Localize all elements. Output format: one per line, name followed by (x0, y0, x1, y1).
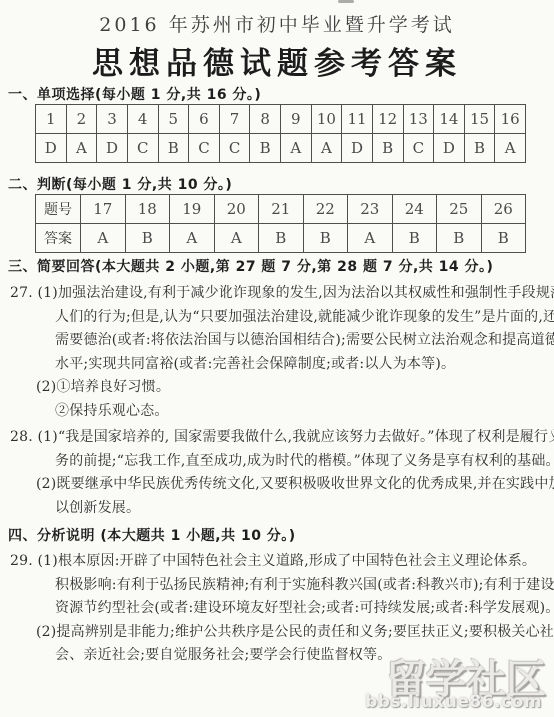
answer-line: 人们的行为;但是,认为“只要加强法治建设,就能减少讹诈现象的发生”是片面的,还 (0, 306, 554, 330)
answer-cell: A (66, 134, 97, 163)
answer-cell: A (281, 134, 312, 163)
answer-line: (2)①培养良好习惯。 (0, 376, 554, 400)
scan-artifact (338, 0, 354, 3)
watermark-site-url: bbs.liuxue86.com (365, 692, 542, 712)
answer-line: 务的前提;“忘我工作,直至成功,成为时代的楷模。”体现了义务是享有权利的基础。 (0, 450, 554, 474)
answer-cell: C (127, 134, 158, 163)
question-number-cell: 23 (348, 195, 393, 224)
question-number-cell: 6 (189, 105, 220, 134)
question-number-cell: 3 (97, 105, 128, 134)
document-page: 2016 年苏州市初中毕业暨升学考试 思想品德试题参考答案 一、单项选择(每小题… (0, 0, 554, 717)
answer-line: (2)既要继承中华民族优秀传统文化,又要积极吸收世界文化的优秀成果,并在实践中加 (0, 473, 554, 497)
answer-cell: A (348, 224, 393, 253)
answer-line: 28. (1)“我是国家培养的, 国家需要我做什么,我就应该努力去做好。”体现了… (0, 426, 554, 450)
answer-cell: B (464, 134, 495, 163)
question-number-cell: 2 (66, 105, 97, 134)
question-number-cell: 19 (170, 195, 215, 224)
question-29-answer: 29. (1)根本原因:开辟了中国特色社会主义道路,形成了中国特色社会主义理论体… (0, 550, 554, 668)
exam-title: 2016 年苏州市初中毕业暨升学考试 (0, 10, 554, 37)
answer-cell: A (170, 224, 215, 253)
answers-body: 三、简要回答(本大题共 2 小题,第 27 题 7 分,第 28 题 7 分,共… (0, 256, 554, 671)
question-number-cell: 12 (372, 105, 403, 134)
question-28-answer: 28. (1)“我是国家培养的, 国家需要我做什么,我就应该努力去做好。”体现了… (0, 426, 554, 520)
question-number-cell: 17 (81, 195, 126, 224)
answer-cell: C (189, 134, 220, 163)
question-number-cell: 8 (250, 105, 281, 134)
question-number-cell: 20 (214, 195, 259, 224)
question-number-cell: 22 (303, 195, 348, 224)
answer-cell: D (434, 134, 465, 163)
question-number-cell: 18 (125, 195, 170, 224)
section-judge-heading: 二、判断(每小题 1 分,共 10 分。) (8, 174, 232, 194)
question-number-cell: 7 (219, 105, 250, 134)
answer-cell: A (81, 224, 126, 253)
answer-cell: B (158, 134, 189, 163)
answer-line: 需要德治(或者:将依法治国与以德治国相结合);需要公民树立法治观念和提高道德 (0, 329, 554, 353)
answer-line: 资源节约型社会(或者:建设环境友好型社会;或者:可持续发展;或者:科学发展观)。 (0, 597, 554, 621)
answer-line: ②保持乐观心态。 (0, 400, 554, 424)
answer-line: 积极影响:有利于弘扬民族精神;有利于实施科教兴国(或者:科教兴市);有利于建设 (0, 574, 554, 598)
answer-line: 29. (1)根本原因:开辟了中国特色社会主义道路,形成了中国特色社会主义理论体… (0, 550, 554, 574)
answer-cell: D (36, 134, 67, 163)
question-number-cell: 11 (342, 105, 373, 134)
section-analysis-heading: 四、分析说明 (本大题共 1 小题,共 10 分。) (8, 525, 554, 547)
answer-cell: B (392, 224, 437, 253)
question-number-cell: 10 (311, 105, 342, 134)
page-title: 思想品德试题参考答案 (0, 38, 554, 83)
answer-cell: D (97, 134, 128, 163)
question-number-cell: 24 (392, 195, 437, 224)
answer-cell: B (481, 224, 526, 253)
row-header-answer: 答案 (36, 224, 81, 253)
table-row-answers: D A D C B C C B A A D B C D B A (36, 134, 526, 163)
section-short-heading: 三、简要回答(本大题共 2 小题,第 27 题 7 分,第 28 题 7 分,共… (8, 256, 554, 278)
section-choice-heading: 一、单项选择(每小题 1 分,共 16 分。) (8, 84, 261, 104)
answer-cell: B (259, 224, 304, 253)
question-number-cell: 26 (481, 195, 526, 224)
answer-cell: B (125, 224, 170, 253)
answer-line: 水平;实现共同富裕(或者:完善社会保障制度;或者:以人为本等)。 (0, 353, 554, 377)
answer-line: 27. (1)加强法治建设,有利于减少讹诈现象的发生,因为法治以其权威性和强制性… (0, 282, 554, 306)
question-27-answer: 27. (1)加强法治建设,有利于减少讹诈现象的发生,因为法治以其权威性和强制性… (0, 282, 554, 423)
question-number-cell: 9 (281, 105, 312, 134)
table-row-numbers: 题号 17 18 19 20 21 22 23 24 25 26 (36, 195, 526, 224)
answer-line: 以创新发展。 (0, 497, 554, 521)
answer-cell: B (437, 224, 482, 253)
true-false-answer-table: 题号 17 18 19 20 21 22 23 24 25 26 答案 A B … (35, 194, 526, 253)
question-number-cell: 5 (158, 105, 189, 134)
answer-cell: D (342, 134, 373, 163)
question-number-cell: 14 (434, 105, 465, 134)
question-number-cell: 16 (495, 105, 526, 134)
question-number-cell: 15 (464, 105, 495, 134)
answer-cell: C (403, 134, 434, 163)
question-number-cell: 25 (437, 195, 482, 224)
question-number-cell: 1 (36, 105, 67, 134)
answer-cell: B (303, 224, 348, 253)
table-row-answers: 答案 A B A A B B A B B B (36, 224, 526, 253)
question-number-cell: 13 (403, 105, 434, 134)
answer-cell: C (219, 134, 250, 163)
row-header-number: 题号 (36, 195, 81, 224)
question-number-cell: 21 (259, 195, 304, 224)
answer-cell: B (372, 134, 403, 163)
answer-cell: A (214, 224, 259, 253)
answer-cell: A (311, 134, 342, 163)
answer-cell: A (495, 134, 526, 163)
question-number-cell: 4 (127, 105, 158, 134)
answer-line: 会、亲近社会;要自觉服务社会;要学会行使监督权等。 (0, 644, 554, 668)
answer-cell: B (250, 134, 281, 163)
multiple-choice-answer-table: 1 2 3 4 5 6 7 8 9 10 11 12 13 14 15 16 D… (35, 104, 526, 163)
table-row-numbers: 1 2 3 4 5 6 7 8 9 10 11 12 13 14 15 16 (36, 105, 526, 134)
answer-line: (2)提高辨别是非能力;维护公共秩序是公民的责任和义务;要匡扶正义;要积极关心社 (0, 621, 554, 645)
